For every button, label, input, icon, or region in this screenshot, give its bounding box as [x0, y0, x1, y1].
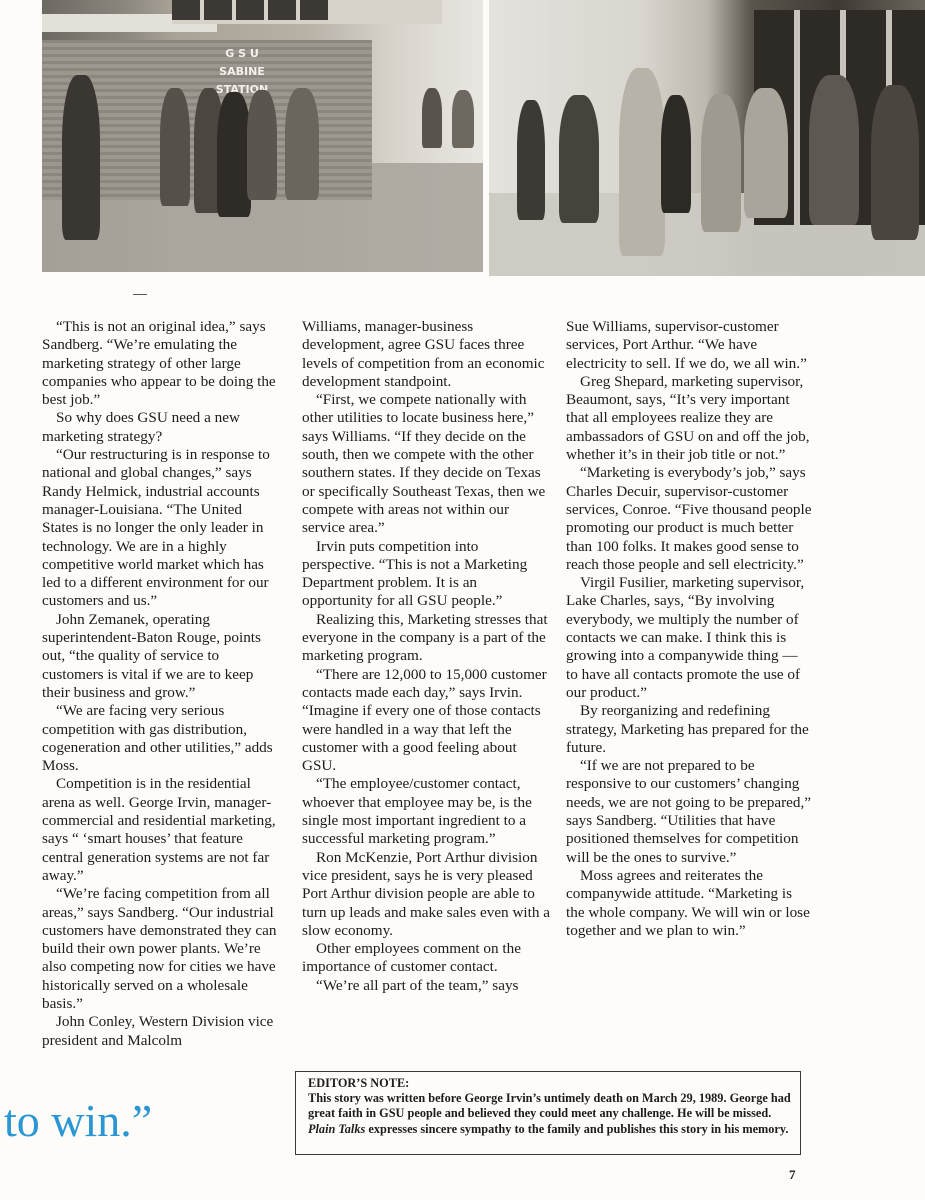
paragraph: “We are facing very serious competition …	[42, 702, 278, 775]
person	[809, 75, 859, 225]
paragraph: “Marketing is everybody’s job,” says Cha…	[566, 464, 812, 574]
paragraph: “If we are not prepared to be responsive…	[566, 757, 812, 867]
person	[247, 90, 277, 200]
person	[422, 88, 442, 148]
paragraph: “There are 12,000 to 15,000 customer con…	[302, 666, 550, 776]
windows	[172, 0, 332, 20]
person	[744, 88, 788, 218]
pull-quote: to win.”	[4, 1098, 152, 1144]
photo-workers-sabine-station: G S U SABINE STATION	[42, 0, 483, 272]
person	[217, 92, 251, 217]
paragraph: “This is not an original idea,” says San…	[42, 318, 278, 409]
person	[559, 95, 599, 223]
person	[160, 88, 190, 206]
paragraph: Ron McKenzie, Port Arthur division vice …	[302, 849, 550, 940]
paragraph: “Our restructuring is in response to nat…	[42, 446, 278, 611]
paragraph: “The employee/customer contact, whoever …	[302, 775, 550, 848]
paragraph: “We’re facing competition from all areas…	[42, 885, 278, 1013]
paragraph: Greg Shepard, marketing supervisor, Beau…	[566, 373, 812, 464]
paragraph: John Conley, Western Division vice presi…	[42, 1013, 278, 1050]
divider-mark	[133, 294, 147, 295]
paragraph: Other employees comment on the importanc…	[302, 940, 550, 977]
paragraph: By reorganizing and redefining strategy,…	[566, 702, 812, 757]
editor-note-heading: EDITOR’S NOTE:	[308, 1076, 800, 1091]
paragraph: John Zemanek, operating superintendent-B…	[42, 611, 278, 702]
editor-note-box: EDITOR’S NOTE: This story was written be…	[295, 1071, 801, 1155]
person	[285, 88, 319, 200]
paragraph: Williams, manager-business development, …	[302, 318, 550, 391]
paragraph: “We’re all part of the team,” says	[302, 977, 550, 995]
person	[452, 90, 474, 148]
paragraph: Irvin puts competition into perspective.…	[302, 538, 550, 611]
person	[62, 75, 100, 240]
paragraph: So why does GSU need a new marketing str…	[42, 409, 278, 446]
person	[619, 68, 665, 256]
paragraph: Sue Williams, supervisor-customer servic…	[566, 318, 812, 373]
page-number: 7	[789, 1167, 796, 1183]
photo-office-employees	[489, 0, 925, 276]
paragraph: Competition is in the residential arena …	[42, 775, 278, 885]
article-column-2: Williams, manager-business development, …	[302, 318, 550, 995]
paragraph: Realizing this, Marketing stresses that …	[302, 611, 550, 666]
paragraph: Virgil Fusilier, marketing supervisor, L…	[566, 574, 812, 702]
article-column-1: “This is not an original idea,” says San…	[42, 318, 278, 1050]
paragraph: “First, we compete nationally with other…	[302, 391, 550, 537]
person	[701, 94, 741, 232]
person	[517, 100, 545, 220]
paragraph: Moss agrees and reiterates the companywi…	[566, 867, 812, 940]
person	[661, 95, 691, 213]
article-column-3: Sue Williams, supervisor-customer servic…	[566, 318, 812, 940]
person	[871, 85, 919, 240]
publication-title: Plain Talks	[308, 1122, 365, 1136]
editor-note-body: This story was written before George Irv…	[308, 1091, 800, 1137]
